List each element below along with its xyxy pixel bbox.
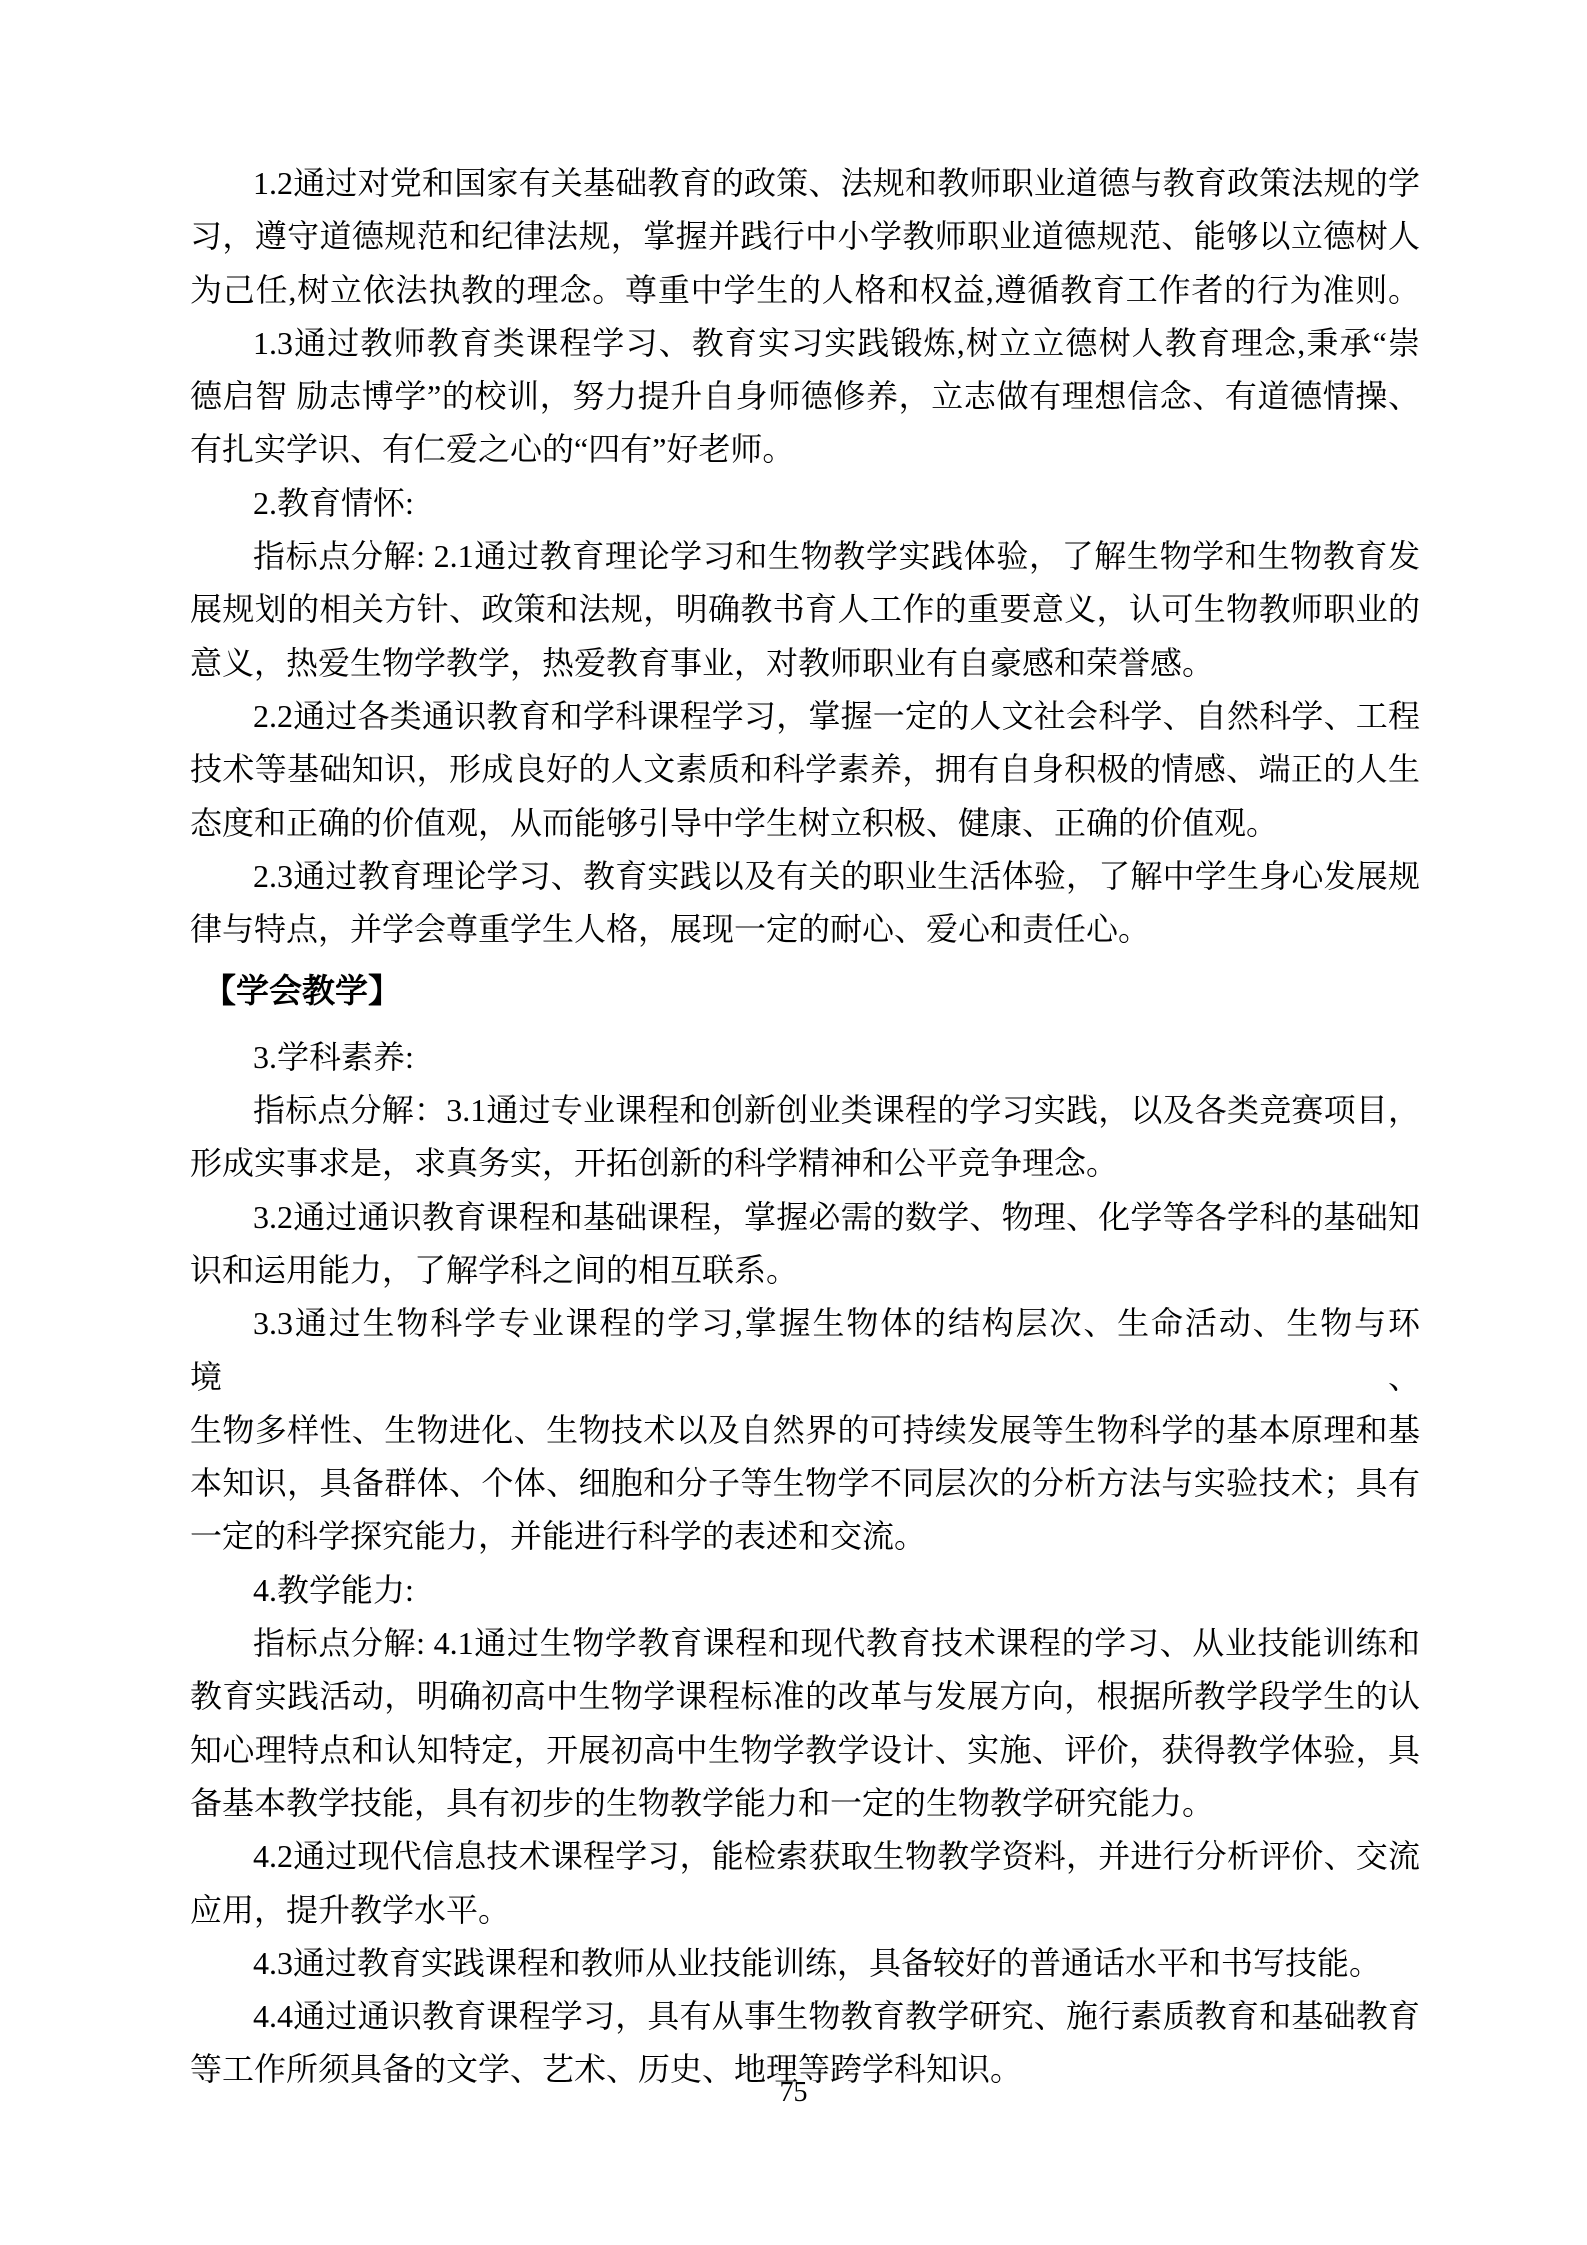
text-line: 4.2通过现代信息技术课程学习，能检索获取生物教学资料，并进行分析评价、交流 xyxy=(190,1830,1420,1883)
text-line: 指标点分解：3.1通过专业课程和创新创业类课程的学习实践，以及各类竞赛项目， xyxy=(190,1084,1420,1137)
text-line: 一定的科学探究能力，并能进行科学的表述和交流。 xyxy=(190,1510,1420,1563)
text-line: 1.3通过教师教育类课程学习、教育实习实践锻炼,树立立德树人教育理念,秉承“崇 xyxy=(190,317,1420,370)
text-line: 4.教学能力: xyxy=(190,1564,1420,1617)
text-line: 有扎实学识、有仁爱之心的“四有”好老师。 xyxy=(190,423,1420,476)
text-line: 4.3通过教育实践课程和教师从业技能训练，具备较好的普通话水平和书写技能。 xyxy=(190,1937,1420,1990)
text-line: 4.4通过通识教育课程学习，具有从事生物教育教学研究、施行素质教育和基础教育 xyxy=(190,1990,1420,2043)
text-line: 应用，提升教学水平。 xyxy=(190,1884,1420,1937)
text-line: 识和运用能力，了解学科之间的相互联系。 xyxy=(190,1244,1420,1297)
text-line: 形成实事求是，求真务实，开拓创新的科学精神和公平竞争理念。 xyxy=(190,1137,1420,1190)
text-line: 技术等基础知识，形成良好的人文素质和科学素养，拥有自身积极的情感、端正的人生 xyxy=(190,743,1420,796)
document-body: 1.2通过对党和国家有关基础教育的政策、法规和教师职业道德与教育政策法规的学习，… xyxy=(190,157,1420,2097)
text-line: 为己任,树立依法执教的理念。尊重中学生的人格和权益,遵循教育工作者的行为准则。 xyxy=(190,264,1420,317)
text-line: 备基本教学技能，具有初步的生物教学能力和一定的生物教学研究能力。 xyxy=(190,1777,1420,1830)
text-line: 知心理特点和认知特定，开展初高中生物学教学设计、实施、评价，获得教学体验，具 xyxy=(190,1724,1420,1777)
text-line: 生物多样性、生物进化、生物技术以及自然界的可持续发展等生物科学的基本原理和基 xyxy=(190,1404,1420,1457)
text-line: 1.2通过对党和国家有关基础教育的政策、法规和教师职业道德与教育政策法规的学 xyxy=(190,157,1420,210)
page-footer: 75 xyxy=(0,2079,1587,2107)
text-line: 德启智 励志博学”的校训，努力提升自身师德修养，立志做有理想信念、有道德情操、 xyxy=(190,370,1420,423)
section-heading: 【学会教学】 xyxy=(190,964,1420,1017)
text-line: 2.3通过教育理论学习、教育实践以及有关的职业生活体验，了解中学生身心发展规 xyxy=(190,850,1420,903)
text-line: 3.学科素养: xyxy=(190,1031,1420,1084)
text-line: 态度和正确的价值观，从而能够引导中学生树立积极、健康、正确的价值观。 xyxy=(190,797,1420,850)
text-line: 3.3通过生物科学专业课程的学习,掌握生物体的结构层次、生命活动、生物与环境、 xyxy=(190,1297,1420,1404)
text-line: 2.2通过各类通识教育和学科课程学习，掌握一定的人文社会科学、自然科学、工程 xyxy=(190,690,1420,743)
text-line: 3.2通过通识教育课程和基础课程，掌握必需的数学、物理、化学等各学科的基础知 xyxy=(190,1191,1420,1244)
text-line: 本知识，具备群体、个体、细胞和分子等生物学不同层次的分析方法与实验技术；具有 xyxy=(190,1457,1420,1510)
text-line: 展规划的相关方针、政策和法规，明确教书育人工作的重要意义，认可生物教师职业的 xyxy=(190,583,1420,636)
text-line: 指标点分解: 2.1通过教育理论学习和生物教学实践体验，了解生物学和生物教育发 xyxy=(190,530,1420,583)
text-line: 习，遵守道德规范和纪律法规，掌握并践行中小学教师职业道德规范、能够以立德树人 xyxy=(190,210,1420,263)
document-page: 1.2通过对党和国家有关基础教育的政策、法规和教师职业道德与教育政策法规的学习，… xyxy=(0,0,1587,2245)
text-line: 教育实践活动，明确初高中生物学课程标准的改革与发展方向，根据所教学段学生的认 xyxy=(190,1670,1420,1723)
text-line: 指标点分解: 4.1通过生物学教育课程和现代教育技术课程的学习、从业技能训练和 xyxy=(190,1617,1420,1670)
text-line: 2.教育情怀: xyxy=(190,477,1420,530)
text-line: 律与特点，并学会尊重学生人格，展现一定的耐心、爱心和责任心。 xyxy=(190,903,1420,956)
text-line: 意义，热爱生物学教学，热爱教育事业，对教师职业有自豪感和荣誉感。 xyxy=(190,637,1420,690)
page-number: 75 xyxy=(780,2077,808,2108)
